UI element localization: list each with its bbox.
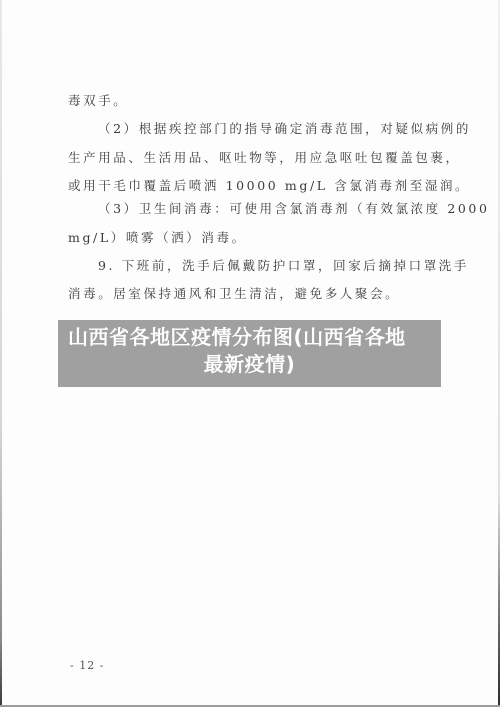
overlay-title-line-2: 最新疫情)	[58, 351, 441, 378]
page-number: - 12 -	[70, 659, 104, 672]
body-text-line: 毒双手。	[68, 94, 128, 108]
body-text-line: 生产用品、生活用品、呕吐物等，用应急呕吐包覆盖包裹，	[68, 151, 461, 165]
body-text-line: 或用干毛巾覆盖后喷洒 10000 mg/L 含氯消毒剂至湿润。	[68, 179, 470, 193]
body-text-line: （3）卫生间消毒：可使用含氯消毒剂（有效氯浓度 2000	[98, 202, 490, 216]
body-text-line: （2）根据疾控部门的指导确定消毒范围，对疑似病例的	[98, 122, 471, 136]
page-edge-left	[0, 0, 2, 707]
body-text-line: 消毒。居室保持通风和卫生清洁，避免多人聚会。	[68, 287, 400, 301]
title-overlay-banner: 山西省各地区疫情分布图(山西省各地 最新疫情)	[58, 320, 441, 387]
document-page: 毒双手。 （2）根据疾控部门的指导确定消毒范围，对疑似病例的 生产用品、生活用品…	[0, 0, 500, 707]
body-text-line: mg/L）喷雾（洒）消毒。	[68, 231, 247, 245]
body-text-line: 9. 下班前，洗手后佩戴防护口罩，回家后摘掉口罩洗手	[98, 259, 469, 273]
overlay-title-line-1: 山西省各地区疫情分布图(山西省各地	[58, 324, 441, 351]
